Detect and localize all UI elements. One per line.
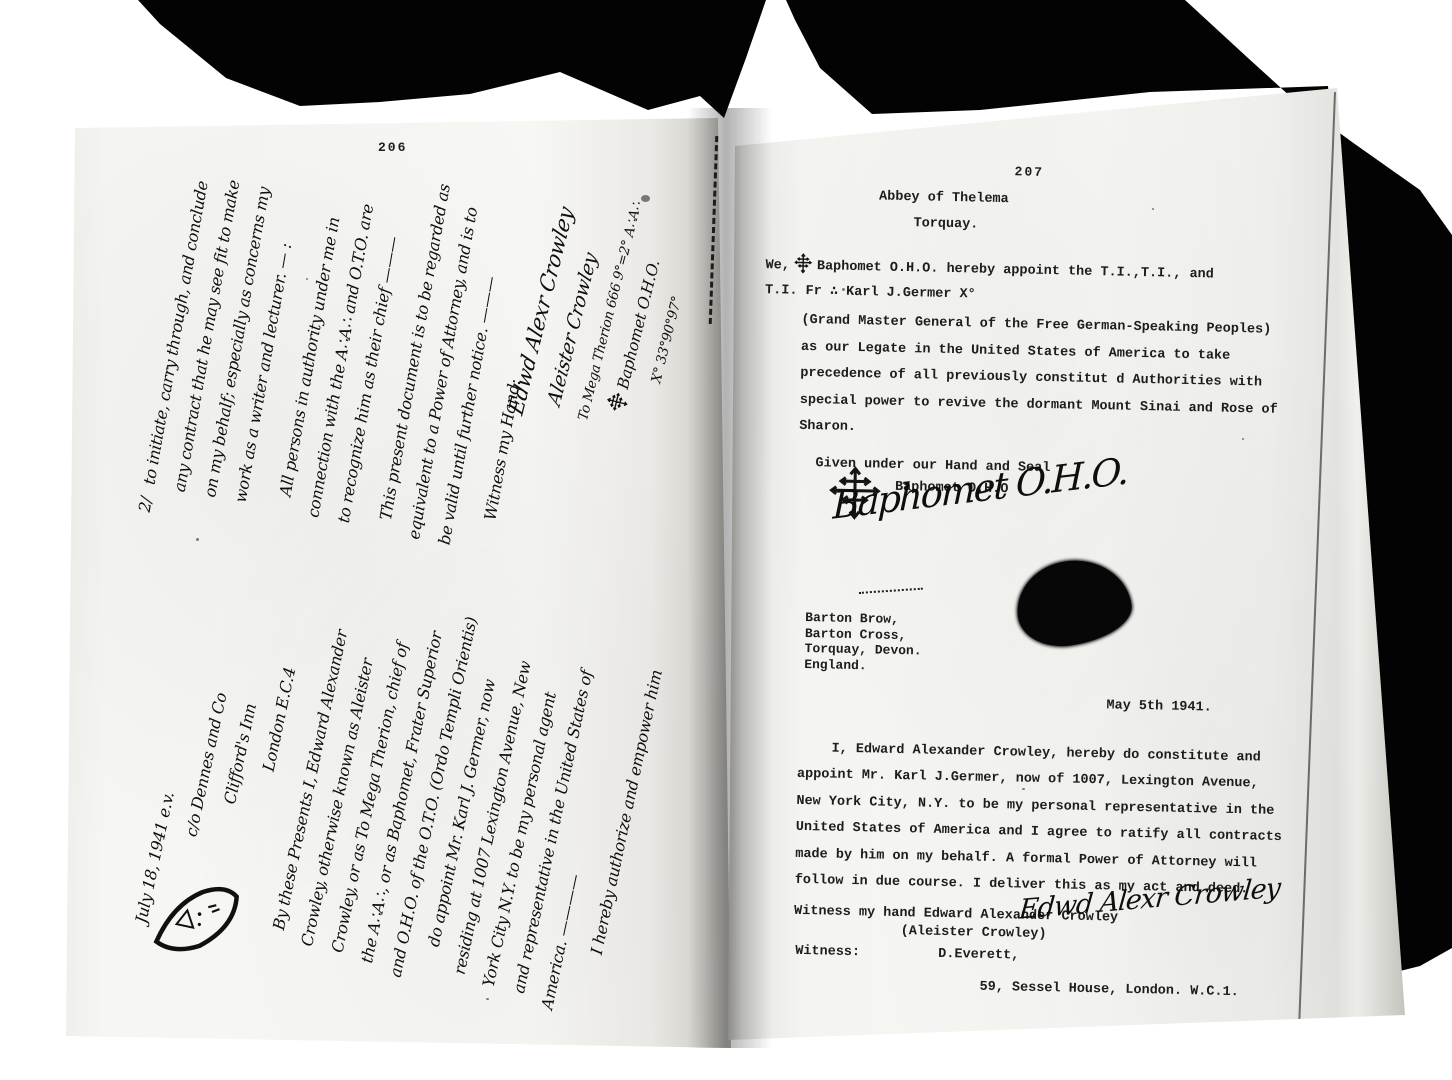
handwritten-opening-block: July 18, 1941 e.v. c/o Dennes and Co Cli… bbox=[126, 560, 675, 1020]
page-marker: 2/ bbox=[135, 496, 156, 514]
photocopy-speck bbox=[842, 288, 845, 291]
signature-flourish bbox=[859, 588, 923, 594]
page-number-right: 207 bbox=[1014, 164, 1044, 180]
right-page: 207 Abbey of Thelema Torquay. We,Baphome… bbox=[722, 88, 1405, 1040]
page-number-left: 206 bbox=[378, 140, 407, 155]
footer-address-line: 59, Sessel House, London. W.C.1. bbox=[979, 980, 1239, 1000]
photocopy-speck bbox=[196, 538, 199, 541]
photocopy-speck bbox=[1022, 788, 1025, 790]
photocopy-speck bbox=[1152, 208, 1154, 210]
address-line: Barton Brow, bbox=[805, 610, 922, 628]
witness-name: D.Everett, bbox=[938, 947, 1019, 964]
heading-abbey: Abbey of Thelema bbox=[879, 189, 1009, 207]
handwritten-continuation-block: 2/to initiate, carry through, and conclu… bbox=[129, 140, 561, 574]
photocopy-speck bbox=[486, 998, 489, 1000]
book-photograph: 206 2/to initiate, carry through, and co… bbox=[0, 0, 1452, 1080]
photocopy-speck bbox=[1242, 438, 1244, 440]
heading-torquay: Torquay. bbox=[913, 216, 978, 232]
photocopy-speck bbox=[306, 278, 308, 280]
address-line: Torquay, Devon. bbox=[804, 641, 921, 659]
appointment-line: Baphomet O.H.O. hereby appoint the T.I.,… bbox=[817, 259, 1214, 282]
we-prefix: We, bbox=[765, 258, 790, 274]
left-page: 206 2/to initiate, carry through, and co… bbox=[66, 118, 731, 1050]
witness-label: Witness: bbox=[795, 944, 860, 960]
aleister-alias-line: (Aleister Crowley) bbox=[901, 924, 1047, 942]
wax-seal bbox=[1011, 553, 1135, 652]
address-line: England. bbox=[804, 656, 921, 674]
ink-blot bbox=[641, 195, 650, 202]
typed-line: We,Baphomet O.H.O. hereby appoint the T.… bbox=[765, 251, 1214, 283]
baphomet-cross-icon bbox=[794, 252, 813, 275]
date-line: May 5th 1941. bbox=[1106, 698, 1212, 715]
typed-line: T.I. Fr ∴ Karl J.Germer X° bbox=[765, 281, 976, 302]
baphomet-cross-icon bbox=[603, 389, 631, 414]
